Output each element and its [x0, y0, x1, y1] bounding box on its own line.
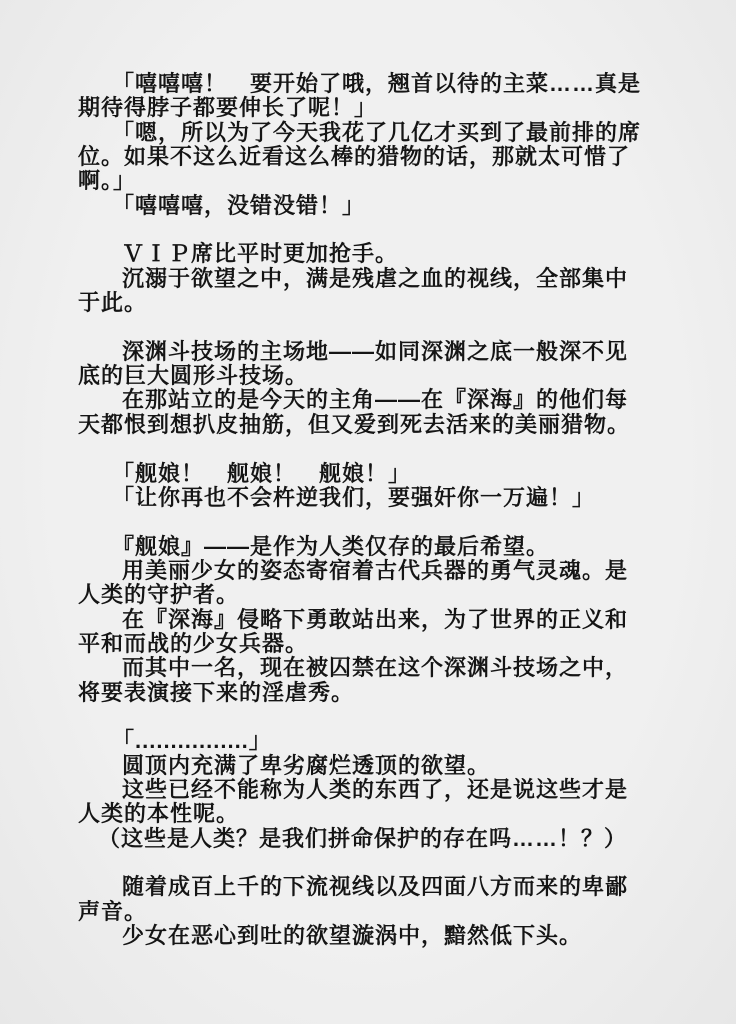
novel-text: 「嘻嘻嘻！ 要开始了哦，翘首以待的主菜……真是期待得脖子都要伸长了呢！」「嗯，所…	[78, 72, 658, 948]
text-line: 「让你再也不会杵逆我们，要强奸你一万遍！」	[78, 486, 658, 510]
reader-page: 「嘻嘻嘻！ 要开始了哦，翘首以待的主菜……真是期待得脖子都要伸长了呢！」「嗯，所…	[0, 0, 736, 1024]
text-line: 人类的守护者。	[78, 583, 658, 607]
text-line: 「舰娘！ 舰娘！ 舰娘！」	[78, 462, 658, 486]
text-line: 人类的本性呢。	[78, 802, 658, 826]
text-line: 底的巨大圆形斗技场。	[78, 364, 658, 388]
text-line: 将要表演接下来的淫虐秀。	[78, 681, 658, 705]
text-line: 啊。」	[78, 169, 658, 193]
text-line: 在『深海』侵略下勇敢站出来，为了世界的正义和	[78, 608, 658, 632]
text-line: 圆顶内充满了卑劣腐烂透顶的欲望。	[78, 754, 658, 778]
text-line: 于此。	[78, 291, 658, 315]
blank-line	[78, 437, 658, 461]
text-line: 深渊斗技场的主场地——如同深渊之底一般深不见	[78, 340, 658, 364]
text-line: 天都恨到想扒皮抽筋，但又爱到死去活来的美丽猎物。	[78, 413, 658, 437]
text-line: 在那站立的是今天的主角——在『深海』的他们每	[78, 388, 658, 412]
text-line: 位。如果不这么近看这么棒的猎物的话，那就太可惜了	[78, 145, 658, 169]
text-line: 「................」	[78, 729, 658, 753]
blank-line	[78, 705, 658, 729]
text-line: （这些是人类？是我们拼命保护的存在吗……！？）	[78, 827, 658, 851]
text-line: 平和而战的少女兵器。	[78, 632, 658, 656]
text-line: 期待得脖子都要伸长了呢！」	[78, 96, 658, 120]
text-line: 用美丽少女的姿态寄宿着古代兵器的勇气灵魂。是	[78, 559, 658, 583]
text-line: 『舰娘』——是作为人类仅存的最后希望。	[78, 535, 658, 559]
text-line: 这些已经不能称为人类的东西了，还是说这些才是	[78, 778, 658, 802]
blank-line	[78, 315, 658, 339]
text-line: 「嗯，所以为了今天我花了几亿才买到了最前排的席	[78, 121, 658, 145]
text-line: 随着成百上千的下流视线以及四面八方而来的卑鄙	[78, 875, 658, 899]
text-line: 声音。	[78, 900, 658, 924]
blank-line	[78, 510, 658, 534]
text-line: 沉溺于欲望之中，满是残虐之血的视线，全部集中	[78, 267, 658, 291]
text-line: 「嘻嘻嘻！ 要开始了哦，翘首以待的主菜……真是	[78, 72, 658, 96]
blank-line	[78, 851, 658, 875]
text-line: 少女在恶心到吐的欲望漩涡中，黯然低下头。	[78, 924, 658, 948]
text-line: ＶＩＰ席比平时更加抢手。	[78, 242, 658, 266]
text-line: 而其中一名，现在被囚禁在这个深渊斗技场之中，	[78, 656, 658, 680]
blank-line	[78, 218, 658, 242]
text-line: 「嘻嘻嘻，没错没错！」	[78, 194, 658, 218]
